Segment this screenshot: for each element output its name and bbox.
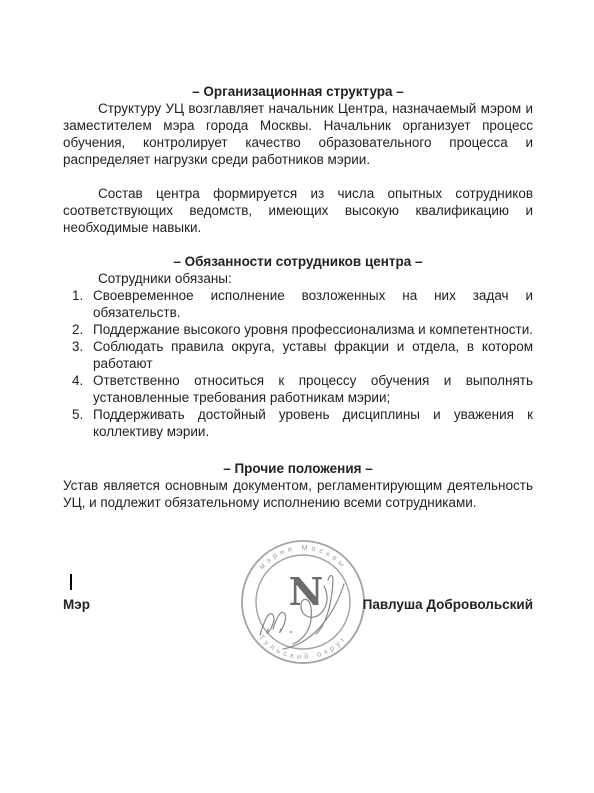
section-title-other: – Прочие положения – [63,460,533,477]
list-item: 3. Соблюдать правила округа, уставы фрак… [63,338,533,372]
duties-list: 1. Своевременное исполнение возложенных … [63,287,533,440]
document-body: – Организационная структура – Структуру … [63,83,533,511]
list-item: 2. Поддержание высокого уровня профессио… [63,321,533,338]
list-item-text: Соблюдать правила округа, уставы фракции… [93,339,533,371]
list-item-number: 5. [72,406,83,423]
signature-row: Мэр Павлуша Добровольский [63,596,533,613]
section-title-duties: – Обязанности сотрудников центра – [63,253,533,270]
list-item-text: Своевременное исполнение возложенных на … [93,288,533,320]
duties-lead-text: Сотрудники обязаны: [63,270,533,287]
signature-role: Мэр [63,596,90,613]
list-item-text: Поддержание высокого уровня профессионал… [93,322,533,337]
list-item: 1. Своевременное исполнение возложенных … [63,287,533,321]
paragraph-org-structure-1: Структуру УЦ возглавляет начальник Центр… [63,100,533,168]
paragraph-other: Устав является основным документом, регл… [63,477,533,511]
list-item-number: 1. [72,287,83,304]
text-caret [70,574,72,590]
list-item-number: 2. [72,321,83,338]
document-page: – Организационная структура – Структуру … [0,0,594,793]
list-item: 5. Поддерживать достойный уровень дисцип… [63,406,533,440]
list-item-number: 3. [72,338,83,355]
signature-block: Мэр Павлуша Добровольский [63,574,533,620]
paragraph-org-structure-2: Состав центра формируется из числа опытн… [63,185,533,236]
list-item: 4. Ответственно относиться к процессу об… [63,372,533,406]
list-item-number: 4. [72,372,83,389]
list-item-text: Поддерживать достойный уровень дисциплин… [93,407,533,439]
section-title-org-structure: – Организационная структура – [63,83,533,100]
list-item-text: Ответственно относиться к процессу обуче… [93,373,533,405]
signature-name: Павлуша Добровольский [363,596,533,613]
